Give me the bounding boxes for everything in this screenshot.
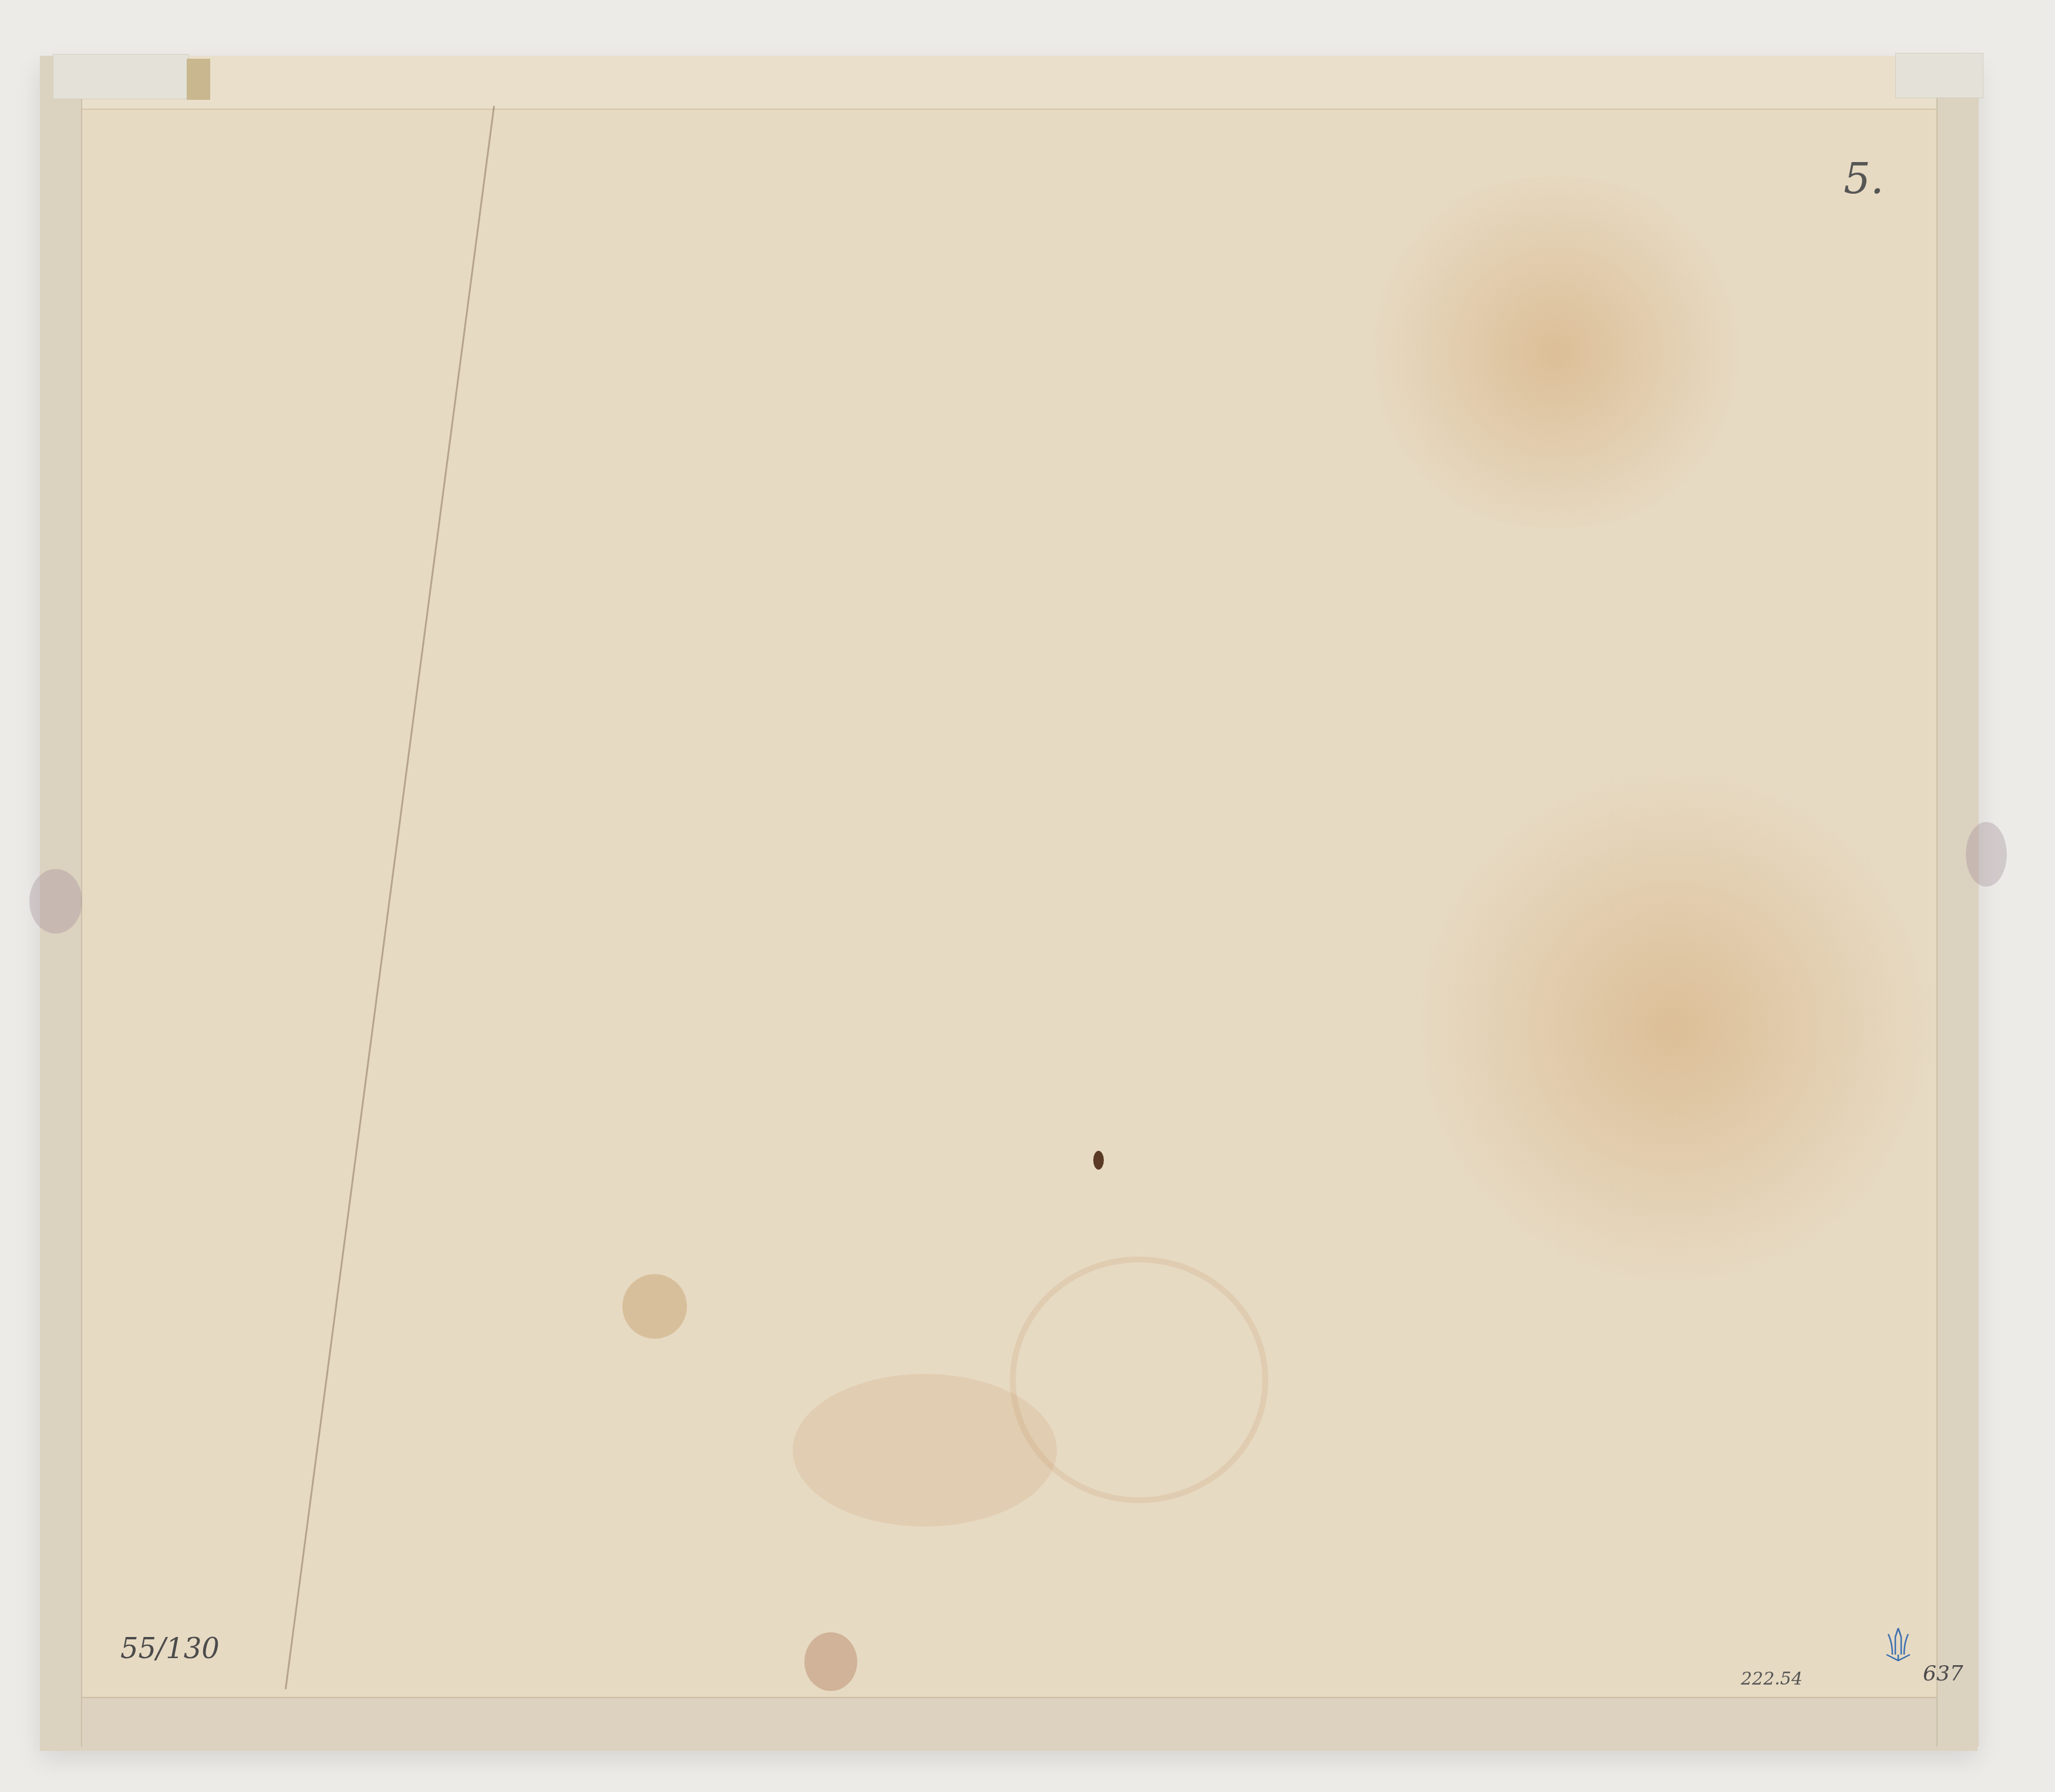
mount-tab-right: [1895, 53, 1983, 98]
gray-stain: [1966, 822, 2007, 887]
dark-spot: [1093, 1151, 1104, 1170]
brown-stain: [622, 1274, 687, 1339]
pencil-number-top: 5.: [1844, 154, 1884, 203]
tape-fragment: [187, 59, 210, 100]
brown-stain: [804, 1632, 857, 1691]
inventory-number-left: 55/130: [120, 1632, 220, 1665]
hinge-tape-bottom: [40, 1697, 1977, 1751]
foxing-area: [1350, 176, 1761, 528]
gray-stain: [29, 869, 82, 934]
mount-tab-left: [53, 54, 189, 99]
foxing-area: [1409, 763, 1938, 1292]
hinge-tape-right: [1936, 56, 1979, 1747]
water-stain: [793, 1374, 1057, 1527]
collection-number: 637: [1923, 1662, 1963, 1686]
inventory-number-right: 222.54: [1741, 1669, 1803, 1689]
hinge-tape-top: [40, 56, 1977, 110]
collector-stamp-icon: [1884, 1625, 1913, 1663]
